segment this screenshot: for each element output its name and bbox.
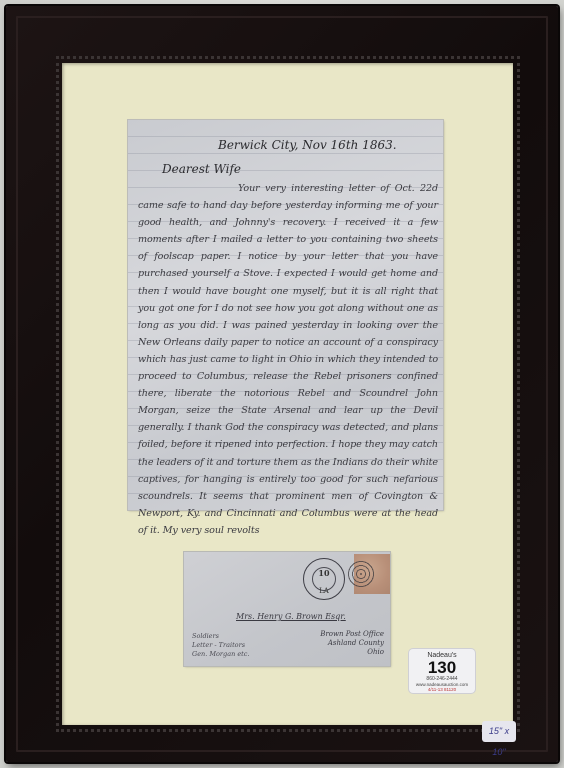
envelope-address: Brown Post Office Ashland County Ohio <box>304 630 384 657</box>
postmark-state: LA <box>304 587 344 595</box>
letter-body: Your very interesting letter of Oct. 22d… <box>138 180 438 539</box>
postmark-icon: 10 LA <box>303 558 345 600</box>
picture-frame: Berwick City, Nov 16th 1863. Dearest Wif… <box>6 6 558 762</box>
envelope-addressee: Mrs. Henry G. Brown Esqr. <box>236 612 346 621</box>
size-label: 15" x 10" <box>482 721 516 742</box>
envelope-pencil-note: Soldiers Letter - Traitors Gen. Morgan e… <box>192 632 250 659</box>
envelope: 10 LA Mrs. Henry G. Brown Esqr. Brown Po… <box>184 552 390 666</box>
auction-lot-tag: Nadeau's 130 860-246-2444 www.nadeausauc… <box>409 649 475 693</box>
auction-code: 4/11-13 81120 <box>409 687 475 692</box>
letter-heading: Berwick City, Nov 16th 1863. <box>218 138 397 152</box>
letter-salutation: Dearest Wife <box>162 162 241 176</box>
handwritten-letter: Berwick City, Nov 16th 1863. Dearest Wif… <box>128 120 443 510</box>
lot-number: 130 <box>409 659 475 676</box>
postmark-day: 10 <box>304 568 344 578</box>
cream-mat: Berwick City, Nov 16th 1863. Dearest Wif… <box>62 63 513 725</box>
cancellation-mark-icon <box>347 560 375 588</box>
